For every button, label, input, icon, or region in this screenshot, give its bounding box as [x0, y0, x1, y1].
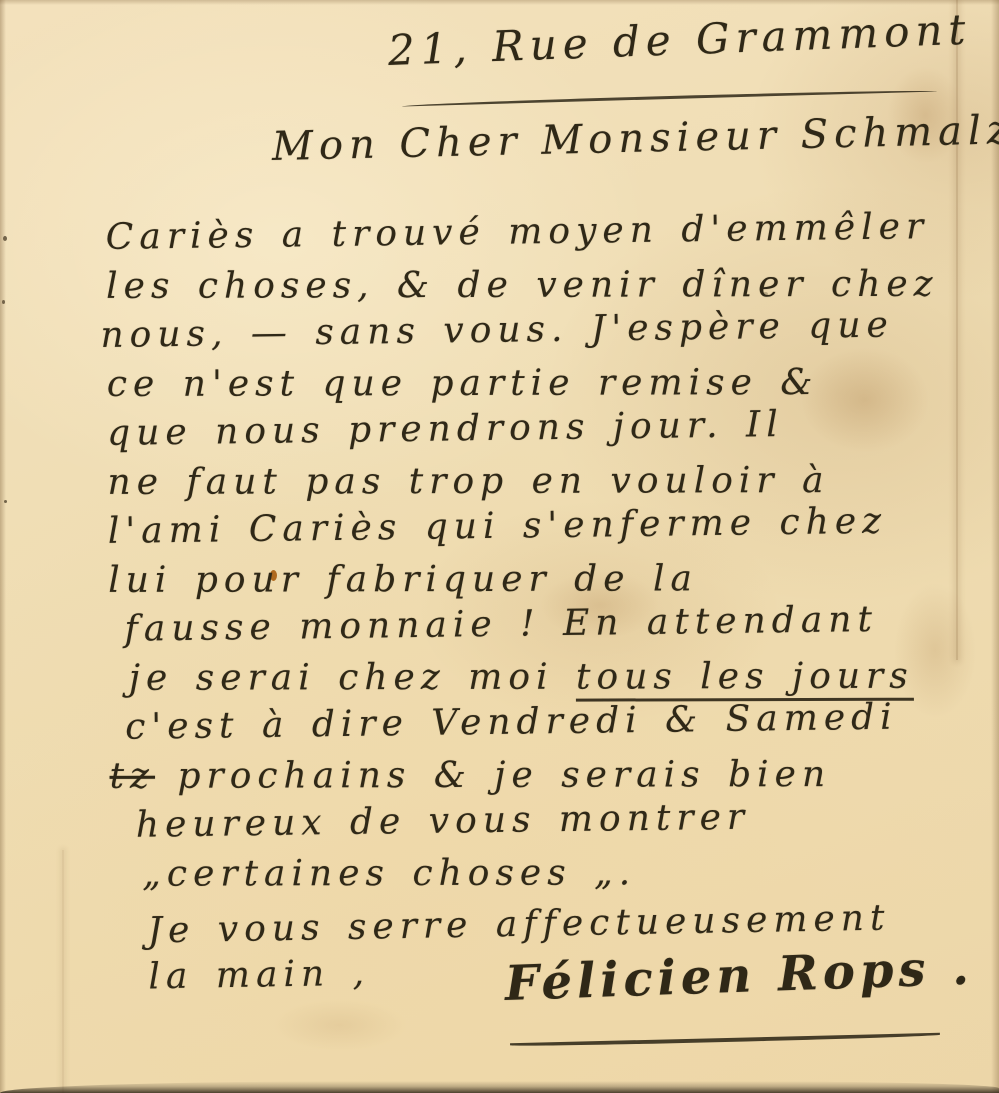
paper-crease [62, 850, 64, 1093]
letter-body: Cariès a trouvé moyen d'emmêler les chos… [106, 207, 943, 899]
body-line: heureux de vous montrer [136, 790, 943, 850]
letter-scan: 21, Rue de Grammont Mon Cher Monsieur Sc… [0, 0, 999, 1093]
body-line-text: je serai chez moi [129, 657, 576, 699]
paper-edge-top [0, 0, 999, 5]
paper-edge-bottom [0, 1081, 999, 1093]
body-line: fausse monnaie ! En attendant [124, 594, 941, 654]
body-line: c'est à dire Vendredi & Samedi [125, 692, 942, 752]
paper-stain [250, 990, 430, 1060]
signature-underline [510, 1033, 940, 1048]
paper-crease [956, 0, 958, 660]
body-line: Cariès a trouvé moyen d'emmêler [105, 202, 938, 262]
body-line: l'ami Cariès qui s'enferme chez [108, 496, 941, 556]
body-line: nous, — sans vous. J'espère que [100, 300, 939, 360]
address-underline [402, 89, 937, 107]
body-line-text: prochains & je serais bien [155, 754, 831, 797]
struck-word: tz [109, 756, 155, 797]
body-line: que nous prendrons jour. Il [107, 398, 940, 458]
paper-edge-left [0, 0, 6, 1093]
body-line: „certaines choses „. [142, 848, 943, 899]
address-line: 21, Rue de Grammont [387, 5, 972, 75]
paper-edge-right [991, 0, 999, 1093]
